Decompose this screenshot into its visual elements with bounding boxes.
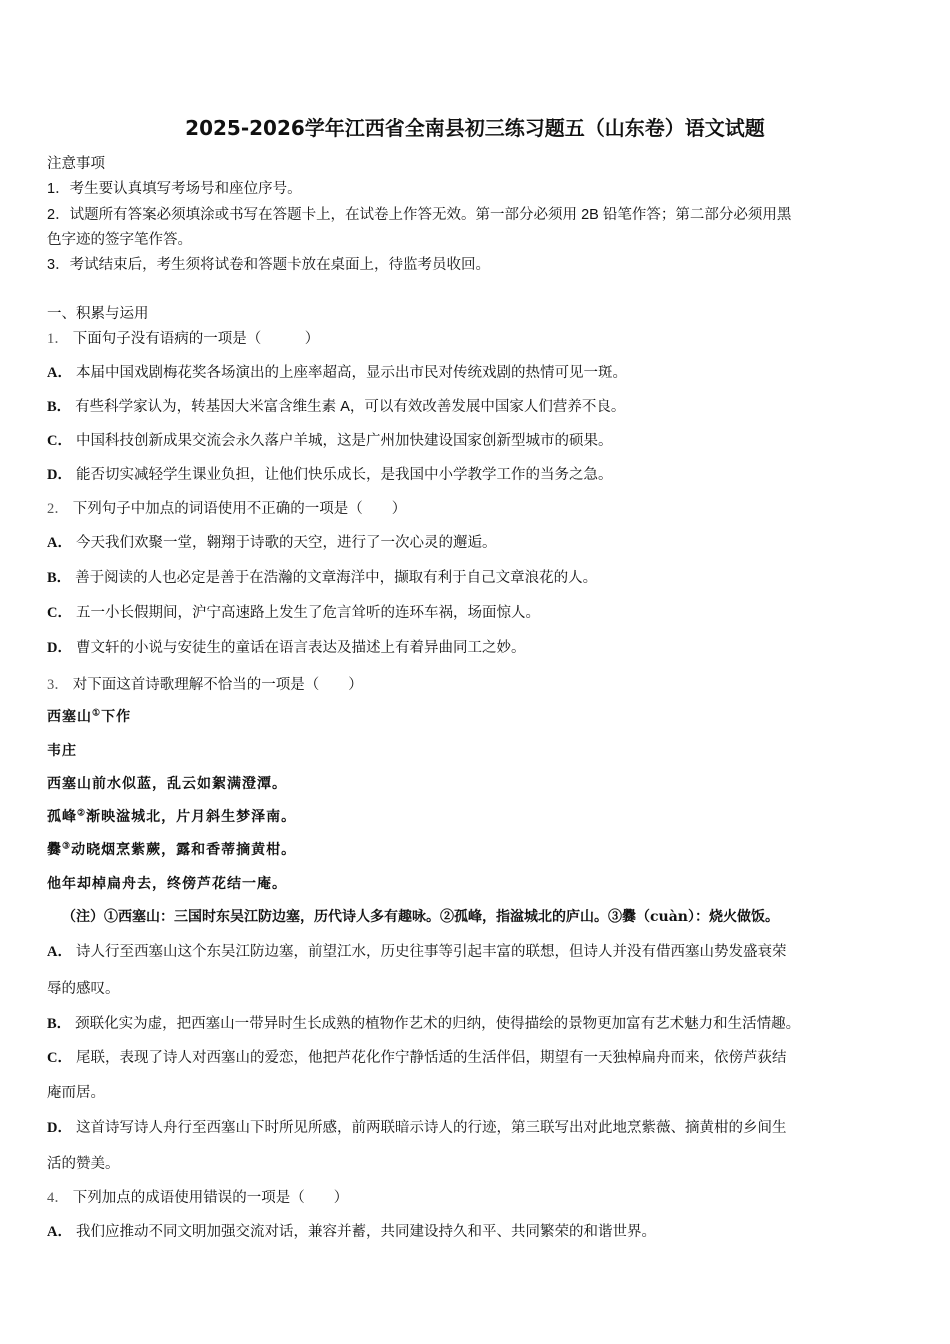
q3-option-a: A．诗人行至西塞山这个东吴江防边塞，前望江水，历史往事等引起丰富的联想，但诗人并… [47, 940, 786, 961]
poem-line-3: 爨③动晓烟烹紫蕨，露和香蒂摘黄柑。 [47, 839, 296, 859]
poem-line-4: 他年却棹扁舟去，终傍芦花结一庵。 [47, 873, 287, 893]
option-text: 善于阅读的人也必定是善于在浩瀚的文章海洋中，撷取有利于自己文章浪花的人。 [75, 570, 597, 586]
option-text: 尾联，表现了诗人对西塞山的爱恋，他把芦花化作宁静恬适的生活伴侣，期望有一天独棹扁… [76, 1050, 787, 1066]
exam-page: 2025-2026学年江西省全南县初三练习题五（山东卷）语文试题 注意事项 1．… [0, 0, 950, 1344]
option-text: 能否切实减轻学生课业负担，让他们快乐成长，是我国中小学教学工作的当务之急。 [76, 467, 613, 483]
option-letter: C． [47, 1050, 72, 1066]
question-text: 下面句子没有语病的一项是（ ） [73, 331, 320, 347]
option-text: 中国科技创新成果交流会永久落户羊城，这是广州加快建设国家创新型城市的硕果。 [76, 433, 613, 449]
poem-line-text: 孤峰 [47, 809, 77, 825]
poem-line-text: 西塞山前水似蓝，乱云如絮满澄潭。 [47, 776, 287, 792]
q3-option-b: B．颈联化实为虚，把西塞山一带异时生长成熟的植物作艺术的归纳，使得描绘的景物更加… [47, 1012, 800, 1033]
question-2-stem: 2．下列句子中加点的词语使用不正确的一项是（ ） [47, 497, 406, 518]
option-text: 这首诗写诗人舟行至西塞山下时所见所感，前两联暗示诗人的行迹，第三联写出对此地烹紫… [76, 1120, 787, 1136]
q3-option-c: C．尾联，表现了诗人对西塞山的爱恋，他把芦花化作宁静恬适的生活伴侣，期望有一天独… [47, 1046, 786, 1067]
question-number: 2． [47, 501, 69, 517]
option-text: 有些科学家认为，转基因大米富含维生素 A，可以有效改善发展中国家人们营养不良。 [75, 399, 625, 415]
option-text: 五一小长假期间，沪宁高速路上发生了危言耸听的连环车祸，场面惊人。 [76, 605, 540, 621]
question-number: 1． [47, 331, 69, 347]
notice-item-1: 1．考生要认真填写考场号和座位序号。 [47, 177, 302, 198]
q1-option-c: C．中国科技创新成果交流会永久落户羊城，这是广州加快建设国家创新型城市的硕果。 [47, 429, 612, 450]
poem-note: （注）①西塞山：三国时东吴江防边塞，历代诗人多有趣咏。②孤峰，指湓城北的庐山。③… [62, 906, 779, 926]
option-letter: A． [47, 944, 72, 960]
option-text: 颈联化实为虚，把西塞山一带异时生长成熟的植物作艺术的归纳，使得描绘的景物更加富有… [75, 1016, 800, 1032]
question-4-stem: 4．下列加点的成语使用错误的一项是（ ） [47, 1186, 348, 1207]
footnote-marker: ② [77, 808, 86, 818]
option-letter: C． [47, 433, 72, 449]
q1-option-d: D．能否切实减轻学生课业负担，让他们快乐成长，是我国中小学教学工作的当务之急。 [47, 463, 612, 484]
q4-option-a: A．我们应推动不同文明加强交流对话，兼容并蓄，共同建设持久和平、共同繁荣的和谐世… [47, 1220, 656, 1241]
poem-line-text: 渐映湓城北，片月斜生梦泽南。 [86, 809, 296, 825]
option-letter: C． [47, 605, 72, 621]
q1-option-a: A．本届中国戏剧梅花奖各场演出的上座率超高，显示出市民对传统戏剧的热情可见一斑。 [47, 361, 627, 382]
section-heading: 一、积累与运用 [47, 302, 149, 323]
poem-line-2: 孤峰②渐映湓城北，片月斜生梦泽南。 [47, 806, 296, 826]
option-letter: B． [47, 570, 71, 586]
option-letter: A． [47, 535, 72, 551]
q3-option-c-cont: 庵而居。 [47, 1081, 105, 1102]
q1-option-b: B．有些科学家认为，转基因大米富含维生素 A，可以有效改善发展中国家人们营养不良… [47, 395, 625, 416]
footnote-marker: ① [92, 708, 101, 718]
poem-line-text: 爨 [47, 842, 62, 858]
q3-option-d: D．这首诗写诗人舟行至西塞山下时所见所感，前两联暗示诗人的行迹，第三联写出对此地… [47, 1116, 786, 1137]
q2-option-a: A．今天我们欢聚一堂，翱翔于诗歌的天空，进行了一次心灵的邂逅。 [47, 531, 496, 552]
q2-option-d: D．曹文轩的小说与安徒生的童话在语言表达及描述上有着异曲同工之妙。 [47, 636, 525, 657]
question-text: 下列加点的成语使用错误的一项是（ ） [73, 1190, 349, 1206]
option-text: 我们应推动不同文明加强交流对话，兼容并蓄，共同建设持久和平、共同繁荣的和谐世界。 [76, 1224, 656, 1240]
q2-option-c: C．五一小长假期间，沪宁高速路上发生了危言耸听的连环车祸，场面惊人。 [47, 601, 540, 622]
footnote-marker: ③ [62, 841, 71, 851]
poem-line-1: 西塞山前水似蓝，乱云如絮满澄潭。 [47, 773, 287, 793]
q2-option-b: B．善于阅读的人也必定是善于在浩瀚的文章海洋中，撷取有利于自己文章浪花的人。 [47, 566, 597, 587]
option-letter: D． [47, 467, 72, 483]
poem-line-text: 他年却棹扁舟去，终傍芦花结一庵。 [47, 876, 287, 892]
poem-line-text: 动晓烟烹紫蕨，露和香蒂摘黄柑。 [71, 842, 296, 858]
option-letter: D． [47, 640, 72, 656]
poem-title-text: 下作 [101, 709, 131, 725]
option-text: 今天我们欢聚一堂，翱翔于诗歌的天空，进行了一次心灵的邂逅。 [76, 535, 497, 551]
poem-title-text: 西塞山 [47, 709, 92, 725]
option-letter: B． [47, 399, 71, 415]
q3-option-a-cont: 辱的感叹。 [47, 977, 120, 998]
option-text: 曹文轩的小说与安徒生的童话在语言表达及描述上有着异曲同工之妙。 [76, 640, 526, 656]
exam-title: 2025-2026学年江西省全南县初三练习题五（山东卷）语文试题 [0, 112, 950, 141]
question-text: 对下面这首诗歌理解不恰当的一项是（ ） [73, 677, 363, 693]
question-1-stem: 1．下面句子没有语病的一项是（ ） [47, 327, 319, 348]
question-number: 3． [47, 677, 69, 693]
option-letter: A． [47, 1224, 72, 1240]
question-number: 4． [47, 1190, 69, 1206]
option-letter: A． [47, 365, 72, 381]
notice-heading: 注意事项 [47, 152, 105, 173]
option-letter: D． [47, 1120, 72, 1136]
poem-author: 韦庄 [47, 740, 77, 760]
option-text: 诗人行至西塞山这个东吴江防边塞，前望江水，历史往事等引起丰富的联想，但诗人并没有… [76, 944, 787, 960]
option-letter: B． [47, 1016, 71, 1032]
option-text: 本届中国戏剧梅花奖各场演出的上座率超高，显示出市民对传统戏剧的热情可见一斑。 [76, 365, 627, 381]
notice-item-2-cont: 色字迹的签字笔作答。 [47, 228, 192, 249]
notice-item-3: 3．考试结束后，考生须将试卷和答题卡放在桌面上，待监考员收回。 [47, 253, 490, 274]
poem-title: 西塞山①下作 [47, 706, 131, 726]
notice-item-2: 2．试题所有答案必须填涂或书写在答题卡上，在试卷上作答无效。第一部分必须用 2B… [47, 203, 791, 224]
question-text: 下列句子中加点的词语使用不正确的一项是（ ） [73, 501, 407, 517]
q3-option-d-cont: 活的赞美。 [47, 1152, 120, 1173]
question-3-stem: 3．对下面这首诗歌理解不恰当的一项是（ ） [47, 673, 363, 694]
